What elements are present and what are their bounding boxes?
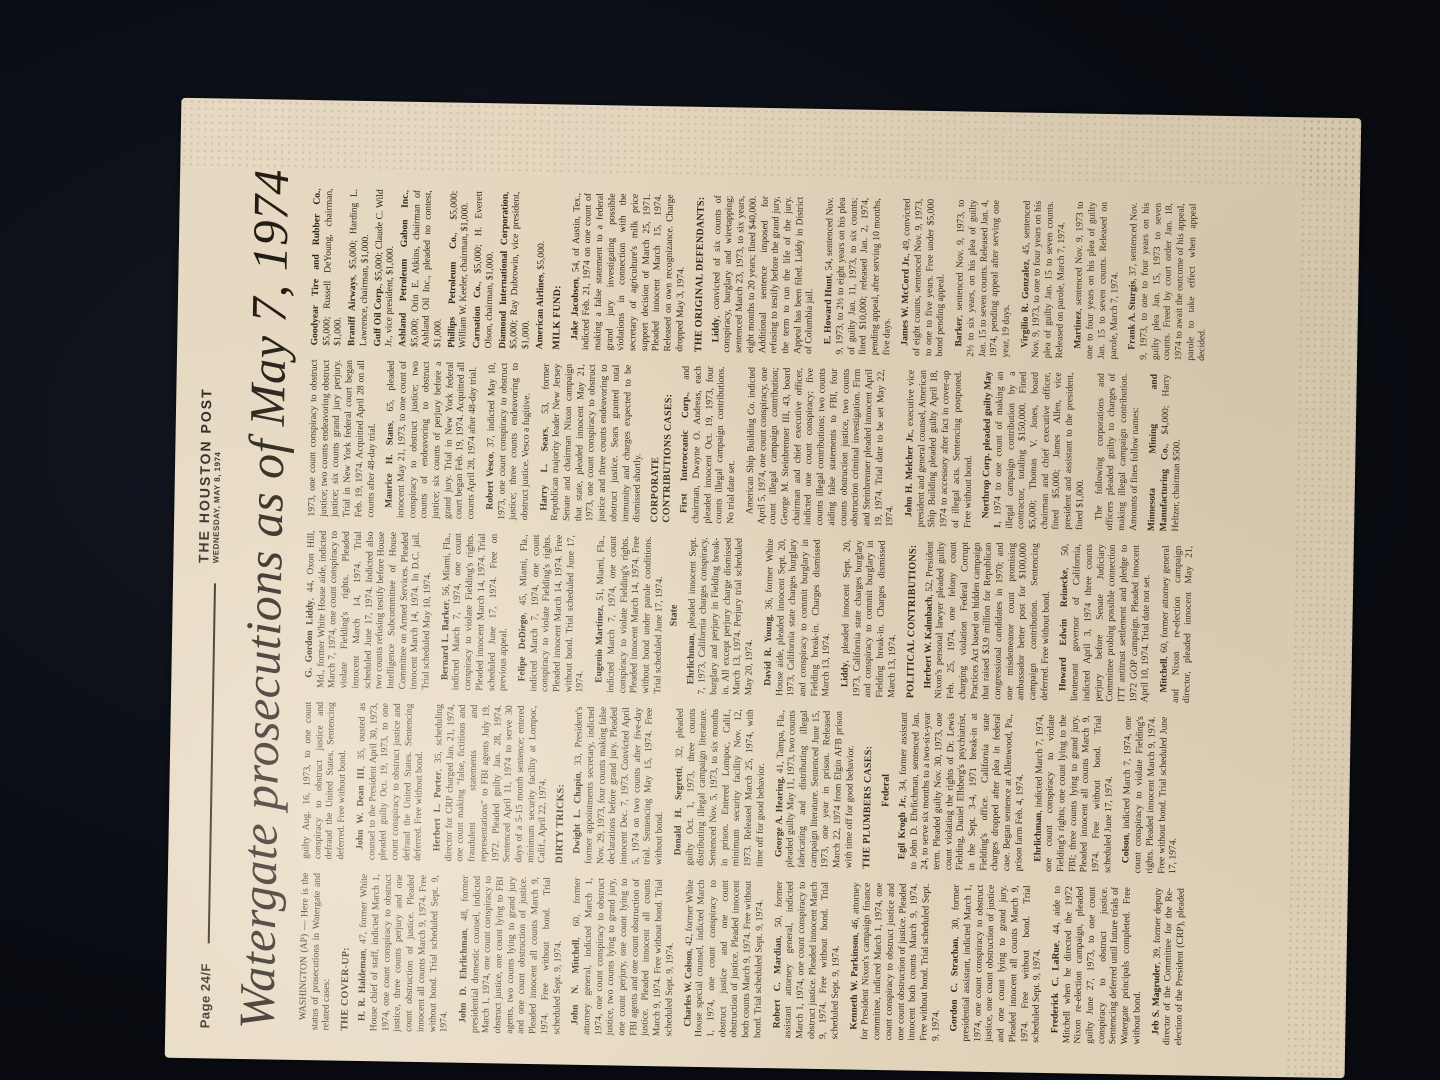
perforated-edge-bottom: [1284, 117, 1361, 1078]
entry-paragraph: Harry L. Sears, 53, former Republican ma…: [537, 363, 645, 522]
entry-paragraph: Martinez, sentenced Nov. 9, 1973 to one …: [1072, 201, 1122, 359]
entry-paragraph: H. R. Haldeman, 47, former White House c…: [356, 873, 452, 1032]
entry-paragraph: The following corporations and officers …: [1092, 373, 1142, 531]
milk-fund-list: Jake Jacobsen, 54, of Austin, Tex., indi…: [568, 192, 688, 351]
entry-paragraph: John D. Ehrlichman, 48, former president…: [457, 875, 565, 1034]
entry-paragraph: Ehrlichman, indicted March 7, 1974, one …: [1031, 714, 1116, 873]
entry-paragraph: Braniff Airways, $5,000; Harding L. Lawr…: [346, 188, 372, 346]
entry-paragraph: Herbert W. Kalmbach, 52, President Nixon…: [921, 541, 1052, 700]
page-number: Page 24/F: [197, 962, 213, 1027]
section-heading-plumbers: THE PLUMBERS CASES:: [861, 711, 876, 868]
entry-paragraph: Ashland Petroleum Gabon Inc., $5,000; Or…: [397, 189, 447, 347]
dirty-tricks-list: Dwight L. Chapin, 33, President's former…: [571, 706, 857, 868]
entry-paragraph: Frank A. Sturgis, 37, sentenced Nov. 9, …: [1126, 202, 1211, 361]
entry-paragraph: James W. McCord Jr., 49, convicted of ei…: [899, 198, 949, 356]
perforated-edge: [180, 97, 1361, 188]
entry-paragraph: Virgilio R. Gonzalez, 45, sentenced Nov.…: [1018, 200, 1068, 358]
entry-paragraph: First Interoceanic Corp., and chairman, …: [678, 365, 739, 523]
section-heading-political: POLITICAL CONTRIBUTIONS:: [904, 540, 919, 697]
section-heading-original-defendants: THE ORIGINAL DEFENDANTS:: [692, 194, 707, 351]
entry-paragraph: Minnesota Mining and Manufacturing Co., …: [1146, 373, 1184, 531]
photo-frame: Page 24/F THE HOUSTON POST WEDNESDAY, MA…: [95, 95, 1430, 1080]
entry-paragraph: Colson, indicted March 7, 1974, one coun…: [1120, 715, 1181, 873]
entry-paragraph: Goodyear Tire and Rubber Co., $5,000; Ru…: [309, 188, 347, 346]
masthead: Page 24/F THE HOUSTON POST WEDNESDAY, MA…: [187, 188, 227, 1028]
entry-paragraph: John N. Mitchell, 60, former attorney ge…: [569, 877, 677, 1036]
entry-paragraph: Egil Krogh Jr., 34, former assistant to …: [895, 712, 1026, 871]
entry-paragraph: Ehrlichman, pleaded innocent Sept. 7, 19…: [684, 537, 757, 695]
section-heading-dirty-tricks: DIRTY TRICKS:: [554, 706, 569, 863]
original-defendants-list: Liddy, convicted of six counts of conspi…: [709, 195, 1210, 361]
article-body: WASHINGTON (AP) — Here is the status of …: [297, 188, 1290, 1047]
section-heading-cover-up: THE COVER-UP:: [339, 873, 354, 1030]
publication-block: THE HOUSTON POST WEDNESDAY, MAY 8, 1974: [195, 387, 223, 563]
entry-paragraph: Howard Edwin Reinecke, 50, lieutenant go…: [1057, 543, 1153, 702]
entry-paragraph: Bernard L. Barker, 56, Miami, Fla., indi…: [438, 532, 511, 690]
section-heading-corporate: CORPORATE CONTRIBUTIONS CASES:: [649, 365, 676, 523]
entry-paragraph: Liddy, pleaded innocent Sept. 20, 1973, …: [839, 539, 900, 697]
entry-paragraph: Phillips Petroleum Co., $5,000; William …: [445, 190, 471, 348]
entry-paragraph: American Ship Building Co. indicted Apri…: [743, 366, 898, 526]
entry-paragraph: E. Howard Hunt, 54, sentenced Nov. 9, 19…: [822, 197, 895, 355]
subheading-federal: Federal: [878, 711, 893, 868]
entry-paragraph: Gulf Oil Corp., $5,000; Claude C. Wild J…: [371, 189, 397, 347]
entry-paragraph: American Airlines, $5,000.: [533, 192, 547, 349]
entry-paragraph: Eugenio Martinez, 51, Miami, Fla., indic…: [593, 535, 666, 693]
intro-paragraph: WASHINGTON (AP) — Here is the status of …: [297, 872, 335, 1030]
entry-paragraph: Liddy, convicted of six counts of conspi…: [709, 195, 817, 354]
entry-paragraph: Gordon C. Strachan, 30, former president…: [948, 884, 1044, 1043]
newspaper-clipping: Page 24/F THE HOUSTON POST WEDNESDAY, MA…: [164, 97, 1361, 1077]
entry-paragraph: David R. Young, 36, former White House a…: [761, 538, 834, 696]
entry-paragraph: Dwight L. Chapin, 33, President's former…: [571, 706, 667, 865]
entry-paragraph: Kenneth W. Parkinson, 46, attorney for P…: [847, 882, 943, 1041]
subheading-state: State: [667, 536, 682, 693]
entry-paragraph: Felipe DeDiego, 45, Miami, Fla., indicte…: [516, 534, 589, 692]
corporate-list: First Interoceanic Corp., and chairman, …: [678, 365, 1142, 530]
entry-paragraph: John H. Melcher Jr., executive vice pres…: [903, 369, 976, 527]
entry-paragraph: Carnation Co., $5,000; H. Everett Olson,…: [471, 190, 497, 348]
entry-paragraph: Northrop Corp. pleaded guilty May 1, 197…: [980, 371, 1088, 530]
entry-paragraph: Robert Vesco, 37, indicted May 10, 1973,…: [483, 362, 533, 520]
entry-paragraph: Donald H. Segretti, 32, pleaded guilty O…: [672, 708, 768, 867]
entry-paragraph: George A. Hearing, 41, Tampa, Fla., plea…: [772, 709, 857, 868]
entry-paragraph: Charles W. Colson, 42, former White Hous…: [681, 879, 766, 1038]
masthead-rule: [207, 583, 215, 943]
entry-paragraph: Frederick C. LaRue, 44, aide to Mitchell…: [1049, 885, 1145, 1044]
section-heading-milk-fund: MILK FUND:: [551, 192, 566, 349]
entry-paragraph: Maurice H. Stans, 65, pleaded innocent M…: [383, 360, 479, 519]
entry-paragraph: Barker, sentenced Nov. 9, 1973, to 2½ to…: [953, 199, 1014, 357]
headline: Watergate prosecutions as of May 7, 1974: [227, 188, 300, 1029]
entry-paragraph: Herbert L. Porter, 35, scheduling direct…: [431, 703, 551, 862]
entry-paragraph: John W. Dean III, 35, ousted as counsel …: [354, 702, 427, 860]
entry-paragraph: G. Gordon Liddy, 44, Oxon Hill, Md., for…: [303, 530, 434, 689]
plumbers-state-list: Ehrlichman, pleaded innocent Sept. 7, 19…: [684, 537, 900, 698]
entry-paragraph: Robert C. Mardian, 50, former assistant …: [770, 881, 843, 1039]
entry-paragraph: Diamond International Corporation, $5,00…: [496, 191, 534, 349]
entry-paragraph: Jake Jacobsen, 54, of Austin, Tex., indi…: [568, 192, 688, 351]
